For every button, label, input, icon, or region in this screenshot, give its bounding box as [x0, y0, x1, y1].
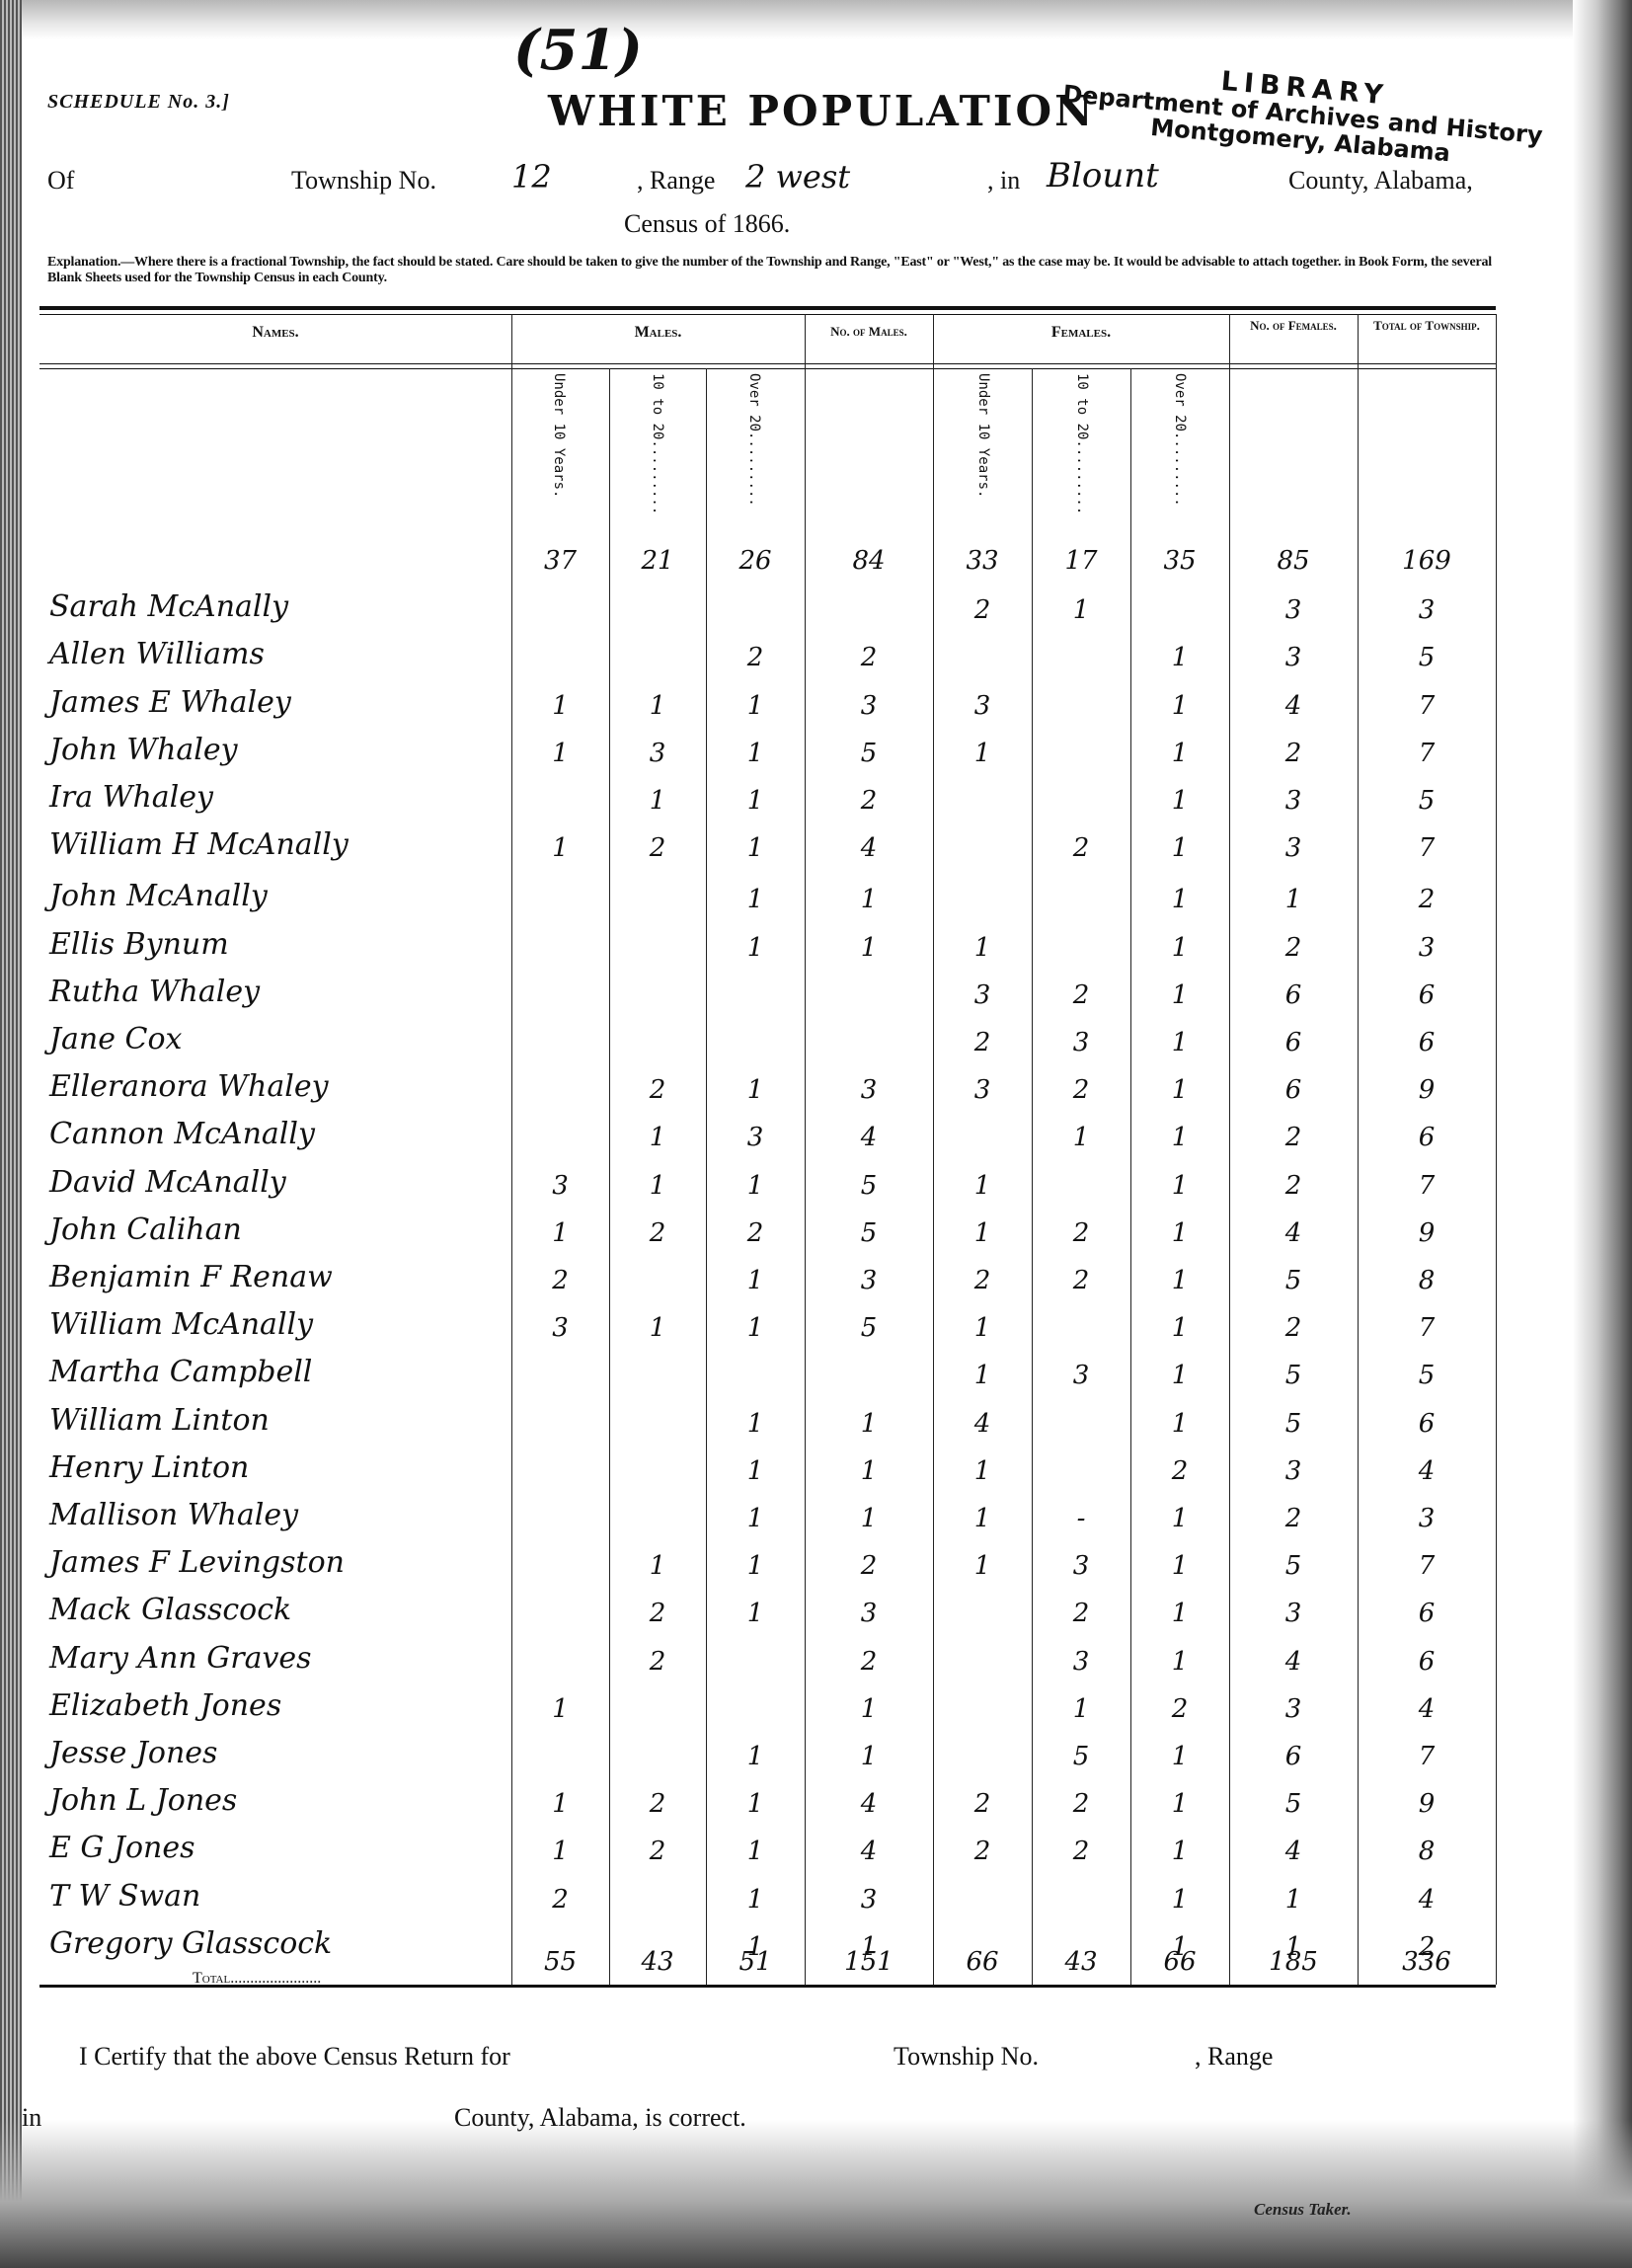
cell-total: 4: [1358, 1456, 1496, 1486]
cell-f_10to20: 2: [1032, 1075, 1130, 1105]
cell-f_over20: 1: [1130, 1028, 1229, 1057]
cell-f_under10: 2: [933, 1028, 1032, 1057]
header-rule-names: [39, 363, 511, 364]
carried-forward-no_females: 85: [1229, 546, 1358, 576]
cell-total: 4: [1358, 1694, 1496, 1724]
cell-no_males: 4: [805, 1789, 933, 1819]
cell-total: 6: [1358, 1647, 1496, 1677]
cell-no_females: 2: [1229, 739, 1358, 768]
certify-in-label: in: [22, 2103, 41, 2133]
cell-total: 9: [1358, 1218, 1496, 1248]
cell-total: 9: [1358, 1789, 1496, 1819]
cell-no_females: 3: [1229, 1599, 1358, 1628]
scan-edge-bottom: [0, 2120, 1632, 2268]
cell-m_10to20: 2: [609, 1837, 706, 1866]
header-names: Names.: [39, 324, 511, 342]
cell-m_under10: 1: [511, 691, 609, 721]
cell-m_under10: 1: [511, 1789, 609, 1819]
cell-no_males: 3: [805, 1599, 933, 1628]
cell-f_10to20: 3: [1032, 1551, 1130, 1581]
header-total-township: Total of Township.: [1367, 318, 1486, 334]
cell-m_under10: 1: [511, 1837, 609, 1866]
resident-name: Ira Whaley: [49, 780, 213, 815]
cell-no_males: 2: [805, 643, 933, 672]
cell-no_males: 5: [805, 739, 933, 768]
cell-total: 7: [1358, 1551, 1496, 1581]
cell-f_over20: 1: [1130, 691, 1229, 721]
cell-m_10to20: 2: [609, 1599, 706, 1628]
cell-m_over20: 1: [706, 1075, 805, 1105]
cell-no_males: 1: [805, 1504, 933, 1533]
cell-no_males: 1: [805, 1456, 933, 1486]
cell-no_females: 2: [1229, 1171, 1358, 1201]
cell-m_10to20: 1: [609, 1551, 706, 1581]
subheader-m-10to20: 10 to 20.........: [650, 373, 665, 514]
total-no_females: 185: [1229, 1947, 1358, 1977]
cell-m_over20: 1: [706, 1551, 805, 1581]
cell-no_females: 2: [1229, 933, 1358, 963]
cell-m_10to20: 1: [609, 1313, 706, 1343]
cell-m_over20: 1: [706, 1313, 805, 1343]
cell-f_under10: 2: [933, 1789, 1032, 1819]
cell-f_over20: 1: [1130, 1551, 1229, 1581]
cell-no_males: 5: [805, 1218, 933, 1248]
resident-name: Ellis Bynum: [49, 927, 229, 962]
cell-m_over20: 1: [706, 1837, 805, 1866]
total-total: 336: [1358, 1947, 1496, 1977]
cell-f_over20: 1: [1130, 1837, 1229, 1866]
cell-total: 2: [1358, 885, 1496, 914]
header-no-males: No. of Males.: [805, 324, 933, 340]
cell-f_over20: 1: [1130, 1123, 1229, 1152]
resident-name: James F Levingston: [49, 1545, 345, 1580]
cell-total: 5: [1358, 786, 1496, 816]
cell-f_10to20: 3: [1032, 1361, 1130, 1390]
resident-name: Martha Campbell: [49, 1355, 312, 1389]
cell-f_over20: 1: [1130, 786, 1229, 816]
cell-f_under10: 1: [933, 1456, 1032, 1486]
cell-f_10to20: 5: [1032, 1742, 1130, 1771]
cell-m_10to20: 2: [609, 1647, 706, 1677]
cell-total: 6: [1358, 1123, 1496, 1152]
scan-edge-right: [1573, 0, 1632, 2268]
cell-no_females: 5: [1229, 1361, 1358, 1390]
cell-m_10to20: 3: [609, 739, 706, 768]
cell-f_10to20: 3: [1032, 1028, 1130, 1057]
cell-m_10to20: 2: [609, 1789, 706, 1819]
cell-total: 7: [1358, 1742, 1496, 1771]
carried-forward-total: 169: [1358, 546, 1496, 576]
cell-no_females: 5: [1229, 1409, 1358, 1439]
cell-no_females: 2: [1229, 1504, 1358, 1533]
carried-forward-f_10to20: 17: [1032, 546, 1130, 576]
cell-f_over20: 1: [1130, 643, 1229, 672]
resident-name: Jesse Jones: [49, 1736, 217, 1770]
cell-m_over20: 1: [706, 933, 805, 963]
cell-no_females: 6: [1229, 980, 1358, 1010]
cell-m_over20: 1: [706, 691, 805, 721]
cell-f_under10: 1: [933, 739, 1032, 768]
cell-no_females: 5: [1229, 1266, 1358, 1295]
township-label: Township No.: [291, 166, 436, 196]
cell-f_under10: 3: [933, 1075, 1032, 1105]
total-no_males: 151: [805, 1947, 933, 1977]
table-top-rule-thin: [39, 314, 1496, 315]
cell-no_females: 3: [1229, 833, 1358, 863]
cell-total: 3: [1358, 595, 1496, 625]
cell-f_10to20: -: [1032, 1504, 1130, 1533]
cell-no_males: 1: [805, 933, 933, 963]
carried-forward-f_under10: 33: [933, 546, 1032, 576]
cell-f_under10: 4: [933, 1409, 1032, 1439]
cell-total: 7: [1358, 739, 1496, 768]
resident-name: John Whaley: [49, 733, 238, 767]
cell-total: 7: [1358, 833, 1496, 863]
cell-f_10to20: 1: [1032, 1123, 1130, 1152]
resident-name: John McAnally: [49, 879, 268, 913]
header-rule-2: [39, 368, 1496, 369]
cell-f_over20: 2: [1130, 1694, 1229, 1724]
cell-f_under10: 1: [933, 1551, 1032, 1581]
cell-m_under10: 2: [511, 1266, 609, 1295]
county-value: Blount: [1047, 156, 1159, 196]
cell-m_10to20: 2: [609, 833, 706, 863]
cell-m_under10: 1: [511, 739, 609, 768]
cell-m_10to20: 1: [609, 691, 706, 721]
cell-m_under10: 2: [511, 1885, 609, 1915]
cell-m_over20: 1: [706, 1742, 805, 1771]
cell-f_over20: 1: [1130, 1504, 1229, 1533]
cell-no_males: 3: [805, 691, 933, 721]
subheader-m-under10: Under 10 Years.: [551, 373, 567, 498]
header-no-females: No. of Females.: [1246, 318, 1341, 334]
scan-edge-left: [0, 0, 22, 2268]
cell-m_under10: 3: [511, 1171, 609, 1201]
cell-total: 6: [1358, 1028, 1496, 1057]
cell-no_males: 5: [805, 1313, 933, 1343]
cell-no_females: 5: [1229, 1789, 1358, 1819]
cell-total: 7: [1358, 691, 1496, 721]
cell-f_over20: 1: [1130, 1361, 1229, 1390]
of-label: Of: [47, 166, 74, 196]
range-label: , Range: [637, 166, 715, 196]
cell-f_10to20: 1: [1032, 595, 1130, 625]
cell-f_over20: 1: [1130, 739, 1229, 768]
cell-no_females: 3: [1229, 786, 1358, 816]
resident-name: E G Jones: [49, 1831, 195, 1865]
cell-total: 5: [1358, 643, 1496, 672]
cell-f_10to20: 3: [1032, 1647, 1130, 1677]
cell-m_over20: 3: [706, 1123, 805, 1152]
cell-no_females: 4: [1229, 1218, 1358, 1248]
cell-no_females: 3: [1229, 1456, 1358, 1486]
cell-total: 8: [1358, 1266, 1496, 1295]
cell-no_females: 4: [1229, 1837, 1358, 1866]
cell-f_10to20: 2: [1032, 1218, 1130, 1248]
cell-m_over20: 1: [706, 833, 805, 863]
cell-no_females: 3: [1229, 595, 1358, 625]
cell-no_females: 3: [1229, 1694, 1358, 1724]
resident-name: William McAnally: [49, 1307, 313, 1342]
cell-no_females: 2: [1229, 1123, 1358, 1152]
cell-m_10to20: 2: [609, 1075, 706, 1105]
cell-no_males: 2: [805, 786, 933, 816]
cell-no_males: 1: [805, 1694, 933, 1724]
cell-m_under10: 1: [511, 1694, 609, 1724]
cell-no_females: 1: [1229, 885, 1358, 914]
cell-total: 6: [1358, 1409, 1496, 1439]
cell-no_females: 2: [1229, 1313, 1358, 1343]
total-m_10to20: 43: [609, 1947, 706, 1977]
cell-m_over20: 1: [706, 1885, 805, 1915]
cell-total: 9: [1358, 1075, 1496, 1105]
resident-name: Cannon McAnally: [49, 1117, 315, 1151]
in-label: , in: [987, 166, 1020, 196]
cell-m_10to20: 2: [609, 1218, 706, 1248]
table-top-rule: [39, 306, 1496, 310]
cell-m_under10: 1: [511, 1218, 609, 1248]
cell-no_males: 1: [805, 885, 933, 914]
cell-no_males: 2: [805, 1551, 933, 1581]
header-females: Females.: [933, 324, 1229, 342]
cell-f_10to20: 2: [1032, 980, 1130, 1010]
header-rule-groups: [511, 363, 1496, 364]
explanation-text: Explanation.—Where there is a fractional…: [47, 255, 1509, 286]
cell-no_males: 3: [805, 1075, 933, 1105]
cell-m_over20: 1: [706, 1171, 805, 1201]
subheader-f-over20: Over 20.........: [1172, 373, 1188, 507]
certify-township-label: Township No.: [894, 2042, 1039, 2072]
resident-name: T W Swan: [49, 1879, 200, 1914]
cell-f_over20: 1: [1130, 1885, 1229, 1915]
cell-total: 3: [1358, 1504, 1496, 1533]
cell-f_under10: 2: [933, 1266, 1032, 1295]
header-males: Males.: [511, 324, 805, 342]
cell-m_over20: 1: [706, 786, 805, 816]
resident-name: John L Jones: [49, 1783, 237, 1818]
cell-m_10to20: 1: [609, 786, 706, 816]
subheader-f-10to20: 10 to 20.........: [1074, 373, 1090, 514]
cell-f_over20: 1: [1130, 833, 1229, 863]
cell-f_over20: 1: [1130, 1647, 1229, 1677]
cell-total: 7: [1358, 1313, 1496, 1343]
resident-name: Allen Williams: [49, 637, 265, 671]
cell-f_over20: 1: [1130, 1218, 1229, 1248]
cell-m_10to20: 1: [609, 1171, 706, 1201]
cell-f_under10: 2: [933, 1837, 1032, 1866]
resident-name: Henry Linton: [49, 1450, 249, 1485]
cell-f_over20: 1: [1130, 1742, 1229, 1771]
cell-total: 3: [1358, 933, 1496, 963]
cell-f_under10: 1: [933, 1361, 1032, 1390]
cell-no_females: 4: [1229, 691, 1358, 721]
cell-f_10to20: 2: [1032, 1266, 1130, 1295]
total-f_under10: 66: [933, 1947, 1032, 1977]
cell-m_over20: 1: [706, 885, 805, 914]
column-divider: [1496, 314, 1497, 1985]
page-number: (51): [513, 18, 643, 83]
subheader-f-under10: Under 10 Years.: [975, 373, 991, 498]
cell-no_males: 1: [805, 1742, 933, 1771]
cell-no_females: 6: [1229, 1742, 1358, 1771]
cell-m_over20: 1: [706, 1504, 805, 1533]
total-label: Total.......................: [193, 1970, 321, 1988]
cell-total: 7: [1358, 1171, 1496, 1201]
resident-name: Mack Glasscock: [49, 1593, 291, 1627]
cell-m_over20: 1: [706, 1266, 805, 1295]
cell-m_over20: 1: [706, 1409, 805, 1439]
cell-f_under10: 3: [933, 980, 1032, 1010]
cell-no_females: 3: [1229, 643, 1358, 672]
cell-f_10to20: 1: [1032, 1694, 1130, 1724]
county-suffix: County, Alabama,: [1288, 166, 1473, 196]
cell-f_over20: 1: [1130, 1171, 1229, 1201]
cell-total: 8: [1358, 1837, 1496, 1866]
resident-name: William H McAnally: [49, 827, 349, 862]
total-f_10to20: 43: [1032, 1947, 1130, 1977]
certify-range-label: , Range: [1195, 2042, 1273, 2072]
carried-forward-m_over20: 26: [706, 546, 805, 576]
resident-name: Elleranora Whaley: [49, 1069, 329, 1104]
cell-f_over20: 1: [1130, 980, 1229, 1010]
resident-name: John Calihan: [49, 1212, 242, 1247]
cell-f_under10: 1: [933, 1504, 1032, 1533]
total-m_over20: 51: [706, 1947, 805, 1977]
cell-f_over20: 1: [1130, 1075, 1229, 1105]
carried-forward-f_over20: 35: [1130, 546, 1229, 576]
certify-text: I Certify that the above Census Return f…: [79, 2042, 510, 2072]
cell-m_over20: 1: [706, 739, 805, 768]
cell-no_males: 3: [805, 1885, 933, 1915]
cell-f_over20: 1: [1130, 933, 1229, 963]
cell-no_females: 4: [1229, 1647, 1358, 1677]
resident-name: Mallison Whaley: [49, 1498, 298, 1532]
cell-f_10to20: 2: [1032, 1837, 1130, 1866]
cell-f_10to20: 2: [1032, 1789, 1130, 1819]
cell-no_females: 5: [1229, 1551, 1358, 1581]
cell-f_under10: 2: [933, 595, 1032, 625]
total-f_over20: 66: [1130, 1947, 1229, 1977]
document-title: WHITE POPULATION: [548, 87, 1095, 135]
cell-m_over20: 1: [706, 1599, 805, 1628]
resident-name: Mary Ann Graves: [49, 1641, 312, 1676]
resident-name: William Linton: [49, 1403, 270, 1438]
resident-name: Benjamin F Renaw: [49, 1260, 333, 1294]
resident-name: Rutha Whaley: [49, 975, 260, 1009]
township-value: 12: [511, 158, 552, 196]
cell-m_over20: 1: [706, 1789, 805, 1819]
cell-f_10to20: 2: [1032, 1599, 1130, 1628]
cell-m_over20: 2: [706, 643, 805, 672]
resident-name: Jane Cox: [49, 1022, 182, 1056]
cell-no_males: 1: [805, 1409, 933, 1439]
range-value: 2 west: [745, 158, 850, 196]
cell-f_under10: 1: [933, 1171, 1032, 1201]
certify-county-text: County, Alabama, is correct.: [454, 2103, 746, 2133]
cell-no_females: 6: [1229, 1075, 1358, 1105]
cell-f_over20: 1: [1130, 1266, 1229, 1295]
cell-no_males: 4: [805, 833, 933, 863]
cell-f_10to20: 2: [1032, 833, 1130, 863]
census-year: Census of 1866.: [624, 209, 790, 239]
cell-no_females: 6: [1229, 1028, 1358, 1057]
cell-f_under10: 1: [933, 1218, 1032, 1248]
cell-m_over20: 1: [706, 1456, 805, 1486]
subheader-m-over20: Over 20.........: [746, 373, 762, 507]
carried-forward-m_under10: 37: [511, 546, 609, 576]
cell-m_under10: 1: [511, 833, 609, 863]
cell-total: 4: [1358, 1885, 1496, 1915]
cell-no_males: 2: [805, 1647, 933, 1677]
cell-f_over20: 2: [1130, 1456, 1229, 1486]
carried-forward-no_males: 84: [805, 546, 933, 576]
resident-name: Elizabeth Jones: [49, 1688, 281, 1723]
cell-no_males: 4: [805, 1123, 933, 1152]
census-taker-label: Census Taker.: [1254, 2200, 1352, 2220]
cell-f_over20: 1: [1130, 1789, 1229, 1819]
resident-name: Gregory Glasscock: [49, 1926, 332, 1961]
resident-name: David McAnally: [49, 1165, 286, 1200]
cell-m_10to20: 1: [609, 1123, 706, 1152]
total-m_under10: 55: [511, 1947, 609, 1977]
cell-no_males: 4: [805, 1837, 933, 1866]
resident-name: Sarah McAnally: [49, 589, 288, 624]
cell-f_under10: 1: [933, 1313, 1032, 1343]
cell-f_over20: 1: [1130, 1409, 1229, 1439]
cell-no_males: 3: [805, 1266, 933, 1295]
cell-no_males: 5: [805, 1171, 933, 1201]
cell-total: 5: [1358, 1361, 1496, 1390]
cell-m_over20: 2: [706, 1218, 805, 1248]
cell-m_under10: 3: [511, 1313, 609, 1343]
resident-name: James E Whaley: [49, 685, 291, 720]
scan-edge-top: [0, 0, 1632, 39]
cell-total: 6: [1358, 980, 1496, 1010]
cell-f_over20: 1: [1130, 885, 1229, 914]
cell-f_over20: 1: [1130, 1313, 1229, 1343]
carried-forward-m_10to20: 21: [609, 546, 706, 576]
cell-f_over20: 1: [1130, 1599, 1229, 1628]
cell-no_females: 1: [1229, 1885, 1358, 1915]
schedule-label: SCHEDULE No. 3.]: [47, 91, 230, 114]
cell-f_under10: 1: [933, 933, 1032, 963]
cell-total: 6: [1358, 1599, 1496, 1628]
cell-f_under10: 3: [933, 691, 1032, 721]
